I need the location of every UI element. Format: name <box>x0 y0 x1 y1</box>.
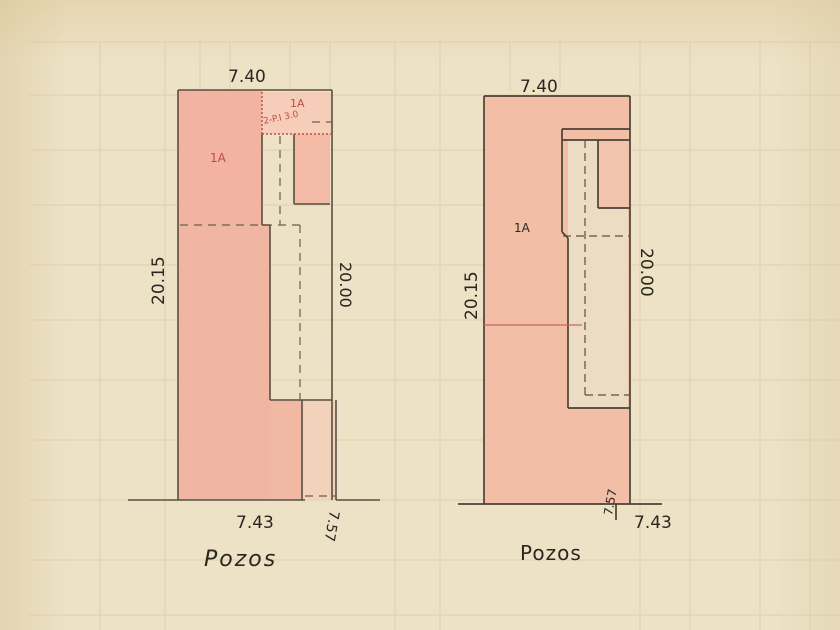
drawing-sheet: 7.40 1A 1A 2-P.I 3.0 20.15 20.00 7.43 7.… <box>0 0 840 630</box>
right-right-dimension: 20.00 <box>636 248 656 297</box>
ledger-grid <box>30 42 840 630</box>
right-bottom-dimension: 7.43 <box>634 513 672 533</box>
right-top-dimension: 7.40 <box>520 77 558 97</box>
left-bottom-dimension: 7.43 <box>236 513 274 533</box>
left-main-unit-label: 1A <box>210 151 227 165</box>
left-right-dimension: 20.00 <box>336 262 355 308</box>
left-top-dimension: 7.40 <box>228 67 266 87</box>
floor-plan-drawing: 7.40 1A 1A 2-P.I 3.0 20.15 20.00 7.43 7.… <box>0 0 840 630</box>
left-small-dimension: 7.57 <box>321 509 342 542</box>
right-left-dimension: 20.15 <box>462 271 482 320</box>
left-left-dimension: 20.15 <box>149 256 169 305</box>
lower-fill <box>178 225 270 500</box>
left-small-unit-label: 1A <box>290 97 305 110</box>
left-street-label: Pozos <box>204 547 277 572</box>
right-street-label: Pozos <box>520 541 582 565</box>
right-unit-label: 1A <box>514 221 531 235</box>
